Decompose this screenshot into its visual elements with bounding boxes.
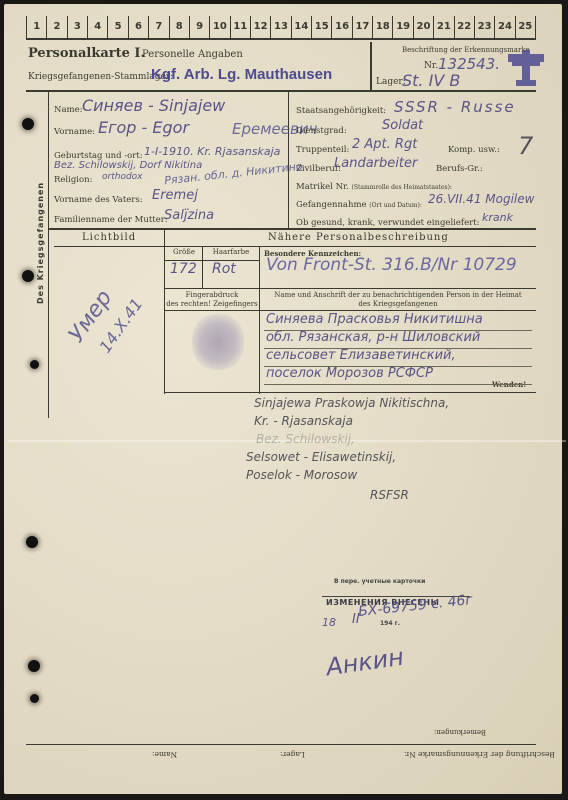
translit-line: Poselok - Morosow — [246, 468, 357, 482]
angehoerige-label: Name und Anschrift der zu benachrichtige… — [260, 291, 536, 309]
dienstgrad-label: Dienstgrad: — [296, 126, 347, 136]
column-number: 6 — [128, 16, 148, 38]
photo-column-line — [164, 228, 165, 394]
column-number: 20 — [413, 16, 433, 38]
stamp-date-month: II — [352, 612, 360, 627]
column-number: 15 — [311, 16, 331, 38]
fingerprint-image — [192, 314, 244, 370]
column-number: 7 — [148, 16, 168, 38]
column-number-strip: 1234567891011121314151617181920212223242… — [26, 16, 536, 40]
footer-name-label: Name: — [152, 750, 177, 759]
translit-line: RSFSR — [370, 488, 409, 502]
column-number: 9 — [189, 16, 209, 38]
gesund-label: Ob gesund, krank, verwundet eingeliefert… — [296, 218, 479, 228]
section-title-rule — [54, 246, 536, 247]
card-subtitle: Personelle Angaben — [142, 49, 243, 60]
translit-line: Bez. Schilowskij, — [256, 432, 355, 446]
footer-rule — [26, 744, 536, 745]
footer-lager-label: Lager: — [280, 750, 305, 759]
fields-column-divider — [288, 92, 289, 228]
punch-hole — [28, 660, 40, 672]
komp-label: Komp. usw.: — [448, 145, 500, 155]
column-number: 13 — [270, 16, 290, 38]
stamp-date-day: 18 — [322, 616, 336, 629]
matrikel-label: Matrikel Nr. (Stammrolle des Heimatstaat… — [296, 182, 452, 192]
zivilberuf-value: Landarbeiter — [334, 156, 417, 171]
komp-value: 7 — [518, 132, 533, 160]
personalkarte-document: 1234567891011121314151617181920212223242… — [4, 4, 562, 794]
dienstgrad-value: Soldat — [382, 118, 423, 133]
column-number: 5 — [107, 16, 127, 38]
description-bottom-rule — [164, 392, 536, 393]
name-value: Синяев - Sinjajew — [82, 96, 225, 115]
nr-label: Nr. — [424, 61, 438, 71]
translit-line: Kr. - Rjasanskaja — [254, 414, 353, 428]
kennzeichen-value: Von Front-St. 316.B/Nr 10729 — [266, 255, 517, 275]
gefangennahme-label: Gefangennahme (Ort und Datum): — [296, 200, 422, 210]
truppenteil-value: 2 Apt. Rgt — [352, 137, 417, 152]
bemerkungen-label: Bemerkungen: — [434, 728, 486, 736]
groesse-label: Größe — [166, 248, 202, 256]
card-title: Personalkarte I. — [28, 46, 145, 61]
translit-line: Sinjajewa Praskowja Nikitischna, — [254, 396, 449, 410]
header-divider — [370, 42, 372, 90]
signature: Анкин — [324, 643, 405, 682]
column-number: 23 — [474, 16, 494, 38]
column-number: 8 — [169, 16, 189, 38]
punch-hole — [30, 694, 39, 703]
haarfarbe-label: Haarfarbe — [203, 248, 259, 256]
column-number: 11 — [230, 16, 250, 38]
column-number: 18 — [372, 16, 392, 38]
groesse-value: 172 — [170, 261, 197, 277]
name-label: Name: — [54, 105, 82, 115]
header-bottom-rule — [26, 90, 536, 92]
kennzeichen-rule — [164, 288, 536, 289]
religion-label: Religion: — [54, 175, 92, 185]
section-title: Nähere Personalbeschreibung — [268, 232, 449, 243]
angehoerige-ru-line: обл. Рязанская, р-н Шиловский — [266, 330, 480, 345]
mutter-label: Familienname der Mutter: — [54, 215, 168, 225]
column-number: 12 — [250, 16, 270, 38]
punch-hole — [26, 536, 38, 548]
stamp-line1: В пере. учетные карточки — [334, 578, 425, 585]
punch-hole — [22, 270, 34, 282]
stamp-date-year: 194 г. — [380, 620, 400, 627]
column-number: 16 — [331, 16, 351, 38]
angehoerige-ru-line: Синяева Прасковья Никитишна — [266, 312, 483, 327]
column-number: 14 — [291, 16, 311, 38]
side-label: Des Kriegsgefangenen — [36, 182, 45, 304]
column-number: 10 — [209, 16, 229, 38]
gefangennahme-value: 26.VII.41 Mogilew — [428, 192, 534, 206]
footer-beschriftung-label: Beschriftung der Erkennungsmarke Nr. — [404, 750, 555, 759]
lager-value: St. IV B — [402, 71, 460, 90]
geburt-value: 1-I-1910. Kr. Rjasanskaja — [144, 145, 280, 158]
mutter-value: Salj̈zina — [164, 208, 214, 223]
side-column-line — [48, 92, 49, 418]
column-number: 22 — [454, 16, 474, 38]
religion-value: orthodox — [102, 172, 143, 182]
column-number: 2 — [46, 16, 66, 38]
ruled-line — [264, 384, 532, 385]
berufsgr-label: Berufs-Gr.: — [436, 164, 483, 174]
vorname-value: Егор - Egor — [98, 118, 189, 137]
staat-label: Staatsangehörigkeit: — [296, 106, 386, 116]
lichtbild-label: Lichtbild — [82, 232, 136, 243]
punch-hole — [22, 118, 34, 130]
angehoerige-ru-line: сельсовет Елизаветинский, — [266, 348, 456, 363]
truppenteil-label: Truppenteil: — [296, 145, 349, 155]
vater-label: Vorname des Vaters: — [54, 195, 143, 205]
personal-section-rule — [48, 228, 536, 230]
stammlager-value: Kgf. Arb. Lg. Mauthausen — [151, 66, 332, 83]
column-number: 19 — [392, 16, 412, 38]
haarfarbe-value: Rot — [212, 261, 236, 277]
column-number: 21 — [433, 16, 453, 38]
description-divider — [259, 246, 260, 394]
finger-header-rule — [164, 310, 536, 311]
column-number: 24 — [494, 16, 514, 38]
column-number: 4 — [87, 16, 107, 38]
column-number: 3 — [67, 16, 87, 38]
angehoerige-ru-line: поселок Морозов РСФСР — [266, 366, 433, 381]
vater-value: Eremej — [152, 188, 198, 203]
cross-stamp-icon — [504, 46, 548, 90]
column-number: 25 — [515, 16, 536, 38]
vorname-label: Vorname: — [54, 127, 95, 137]
finger-label: Fingerabdruckdes rechten! Zeigefingers — [164, 291, 260, 309]
column-number: 1 — [26, 16, 46, 38]
geburt-value-2: Bez. Schilowskij, Dorf Nikitina — [54, 160, 202, 171]
punch-hole — [30, 360, 39, 369]
translit-line: Selsowet - Elisawetinskij, — [246, 450, 396, 464]
gesund-value: krank — [482, 211, 513, 224]
staat-value: SSSR - Russe — [394, 98, 516, 116]
column-number: 17 — [352, 16, 372, 38]
